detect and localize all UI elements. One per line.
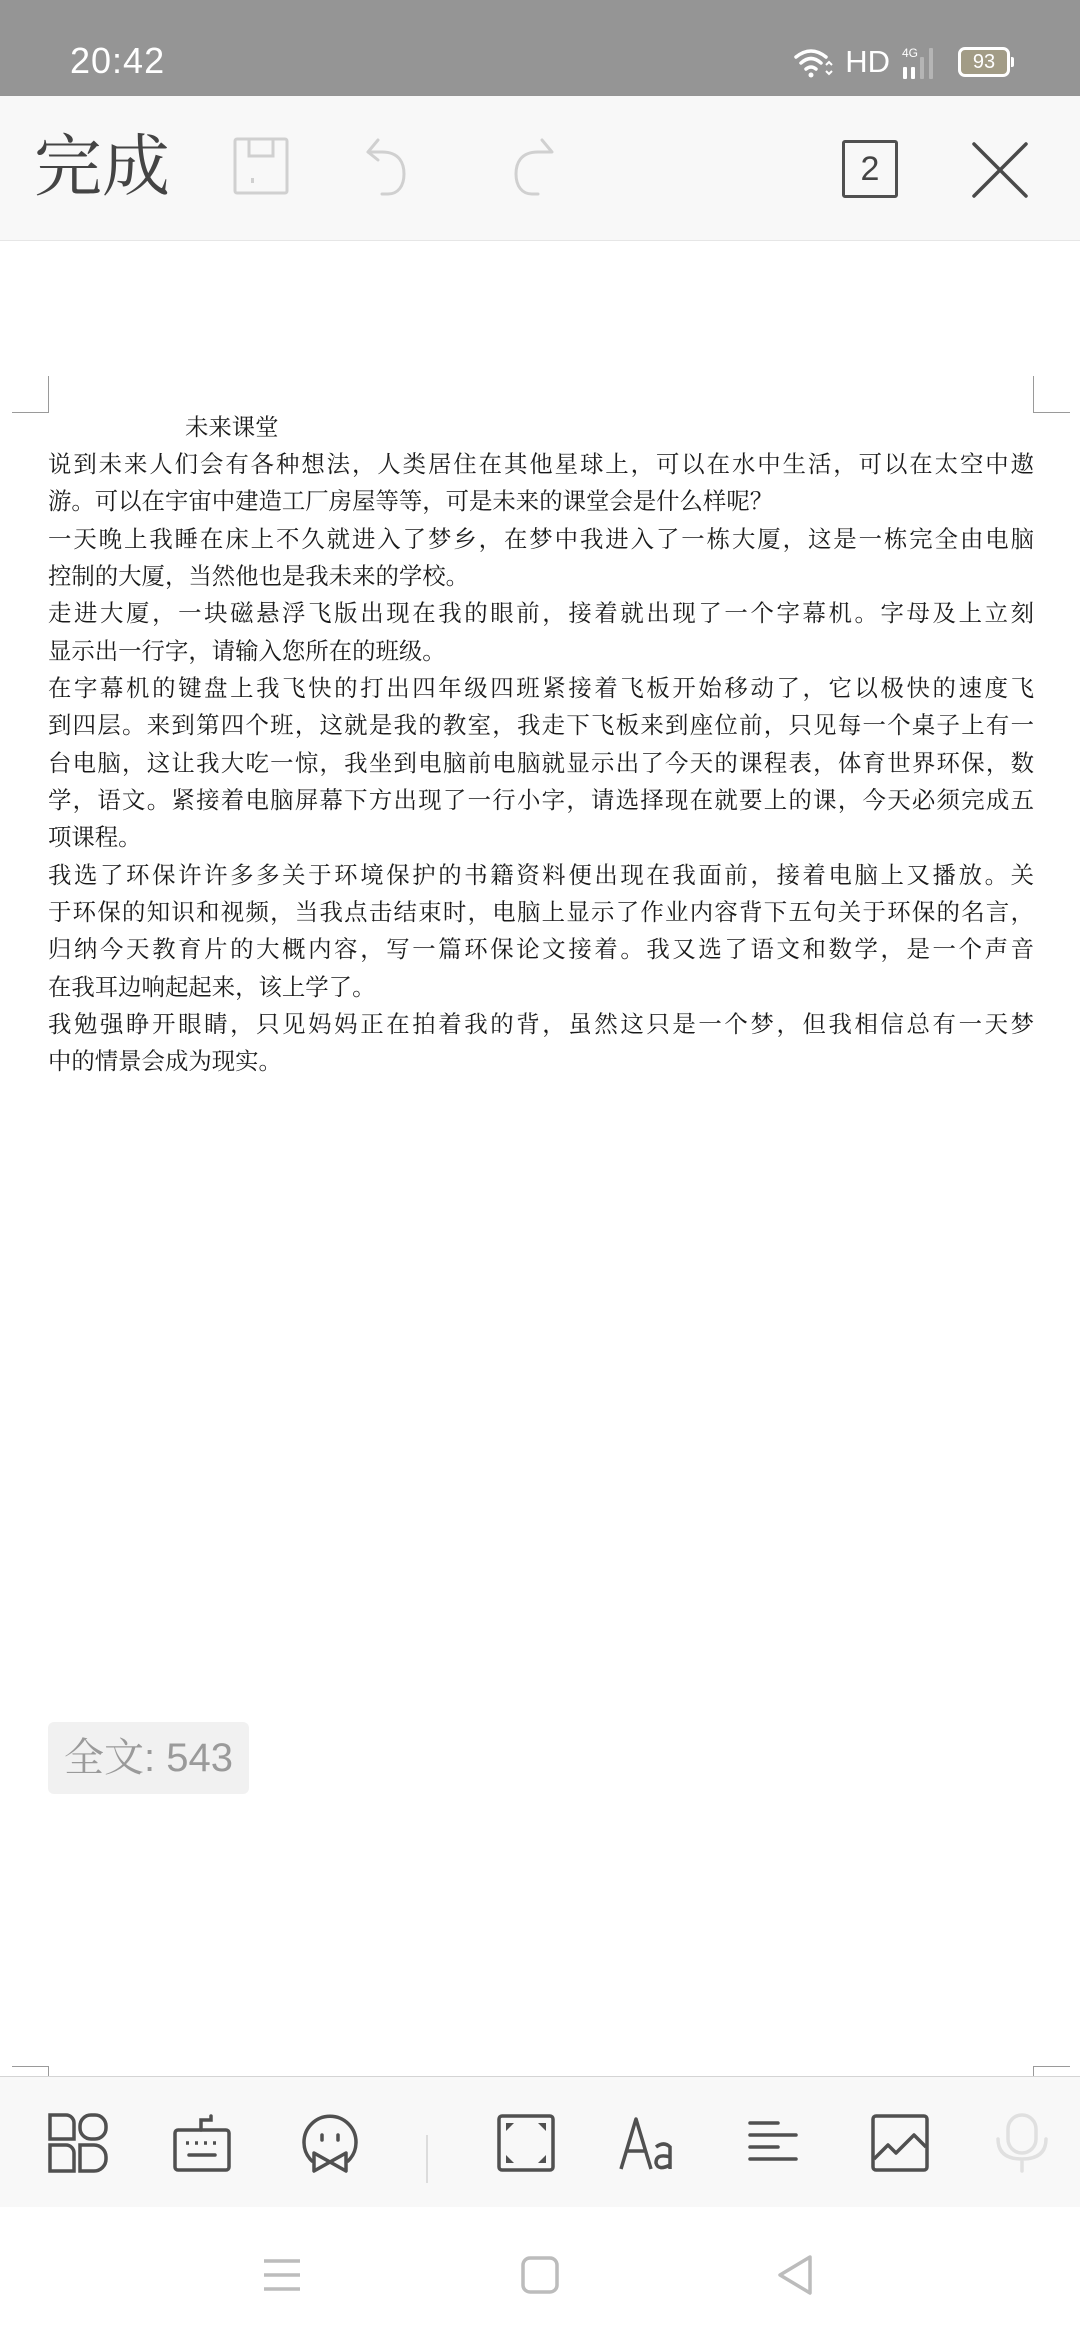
text-line: 归纳今天教育片的大概内容，写一篇环保论文接着。我又选了语文和数学，是一个声音 (48, 934, 1034, 964)
voice-assistant-icon[interactable] (300, 2113, 360, 2173)
page-count-button[interactable]: 2 (842, 140, 898, 198)
text-line: 学，语文。紧接着电脑屏幕下方出现了一行小字，请选择现在就要上的课，今天必须完成五 (48, 785, 1034, 815)
undo-icon[interactable] (362, 136, 424, 200)
text-line: 于环保的知识和视频，当我点击结束时，电脑上显示了作业内容背下五句关于环保的名言， (48, 897, 1034, 927)
editor-toolbar: 完成 2 (0, 96, 1080, 241)
hd-label: HD (845, 44, 890, 80)
redo-icon[interactable] (496, 136, 558, 200)
status-icons: HD 4G 93 (793, 44, 1010, 80)
done-button[interactable]: 完成 (34, 132, 170, 204)
document-page[interactable]: 未来课堂 说到未来人们会有各种想法，人类居住在其他星球上，可以在水中生活，可以在… (0, 241, 1080, 2075)
word-count-badge: 全文: 543 (48, 1722, 249, 1794)
microphone-icon[interactable] (992, 2113, 1052, 2173)
text-line: 一天晚上我睡在床上不久就进入了梦乡，在梦中我进入了一栋大厦，这是一栋完全由电脑 (48, 524, 1034, 554)
back-icon[interactable] (776, 2255, 816, 2295)
close-icon[interactable] (970, 140, 1030, 200)
text-line: 说到未来人们会有各种想法，人类居住在其他星球上，可以在水中生活，可以在太空中遨 (48, 449, 1034, 479)
text-line: 中的情景会成为现实。 (48, 1046, 1034, 1076)
margin-marker-top-right (1033, 376, 1070, 413)
home-icon[interactable] (520, 2255, 560, 2295)
bottom-toolbar (0, 2076, 1080, 2207)
text-line: 游。可以在宇宙中建造工厂房屋等等，可是未来的课堂会是什么样呢？ (48, 486, 1034, 516)
text-line: 在我耳边响起起来，该上学了。 (48, 972, 1034, 1002)
text-line: 台电脑，这让我大吃一惊，我坐到电脑前电脑就显示出了今天的课程表，体育世界环保，数 (48, 748, 1034, 778)
system-nav-bar (0, 2207, 1080, 2340)
menu-icon[interactable] (262, 2255, 302, 2295)
text-line: 走进大厦，一块磁悬浮飞版出现在我的眼前，接着就出现了一个字幕机。字母及上立刻 (48, 598, 1034, 628)
text-line: 显示出一行字，请输入您所在的班级。 (48, 636, 1034, 666)
text-line: 在字幕机的键盘上我飞快的打出四年级四班紧接着飞板开始移动了，它以极快的速度飞 (48, 673, 1034, 703)
fullscreen-icon[interactable] (496, 2113, 556, 2173)
text-line: 到四层。来到第四个班，这就是我的教室，我走下飞板来到座位前，只见每一个桌子上有一 (48, 710, 1034, 740)
svg-text:4G: 4G (902, 46, 918, 60)
apps-icon[interactable] (48, 2113, 108, 2173)
document-title: 未来课堂 (185, 412, 279, 442)
paragraph-align-icon[interactable] (746, 2113, 806, 2173)
insert-image-icon[interactable] (870, 2113, 930, 2173)
clock: 20:42 (70, 40, 165, 82)
save-icon[interactable] (232, 136, 294, 200)
margin-marker-top-left (12, 376, 49, 413)
font-style-icon[interactable] (618, 2113, 678, 2173)
text-line: 控制的大厦，当然他也是我未来的学校。 (48, 561, 1034, 591)
text-line: 项课程。 (48, 822, 1034, 852)
cellular-signal-icon: 4G (902, 45, 946, 79)
toolbar-divider (426, 2135, 428, 2183)
text-line: 我选了环保许许多多关于环境保护的书籍资料便出现在我面前，接着电脑上又播放。关 (48, 860, 1034, 890)
status-bar: 20:42 HD 4G 93 (0, 0, 1080, 96)
wifi-icon (793, 46, 833, 78)
text-line: 我勉强睁开眼睛，只见妈妈正在拍着我的背，虽然这只是一个梦，但我相信总有一天梦 (48, 1009, 1034, 1039)
battery-icon: 93 (958, 47, 1010, 77)
keyboard-icon[interactable] (172, 2113, 232, 2173)
